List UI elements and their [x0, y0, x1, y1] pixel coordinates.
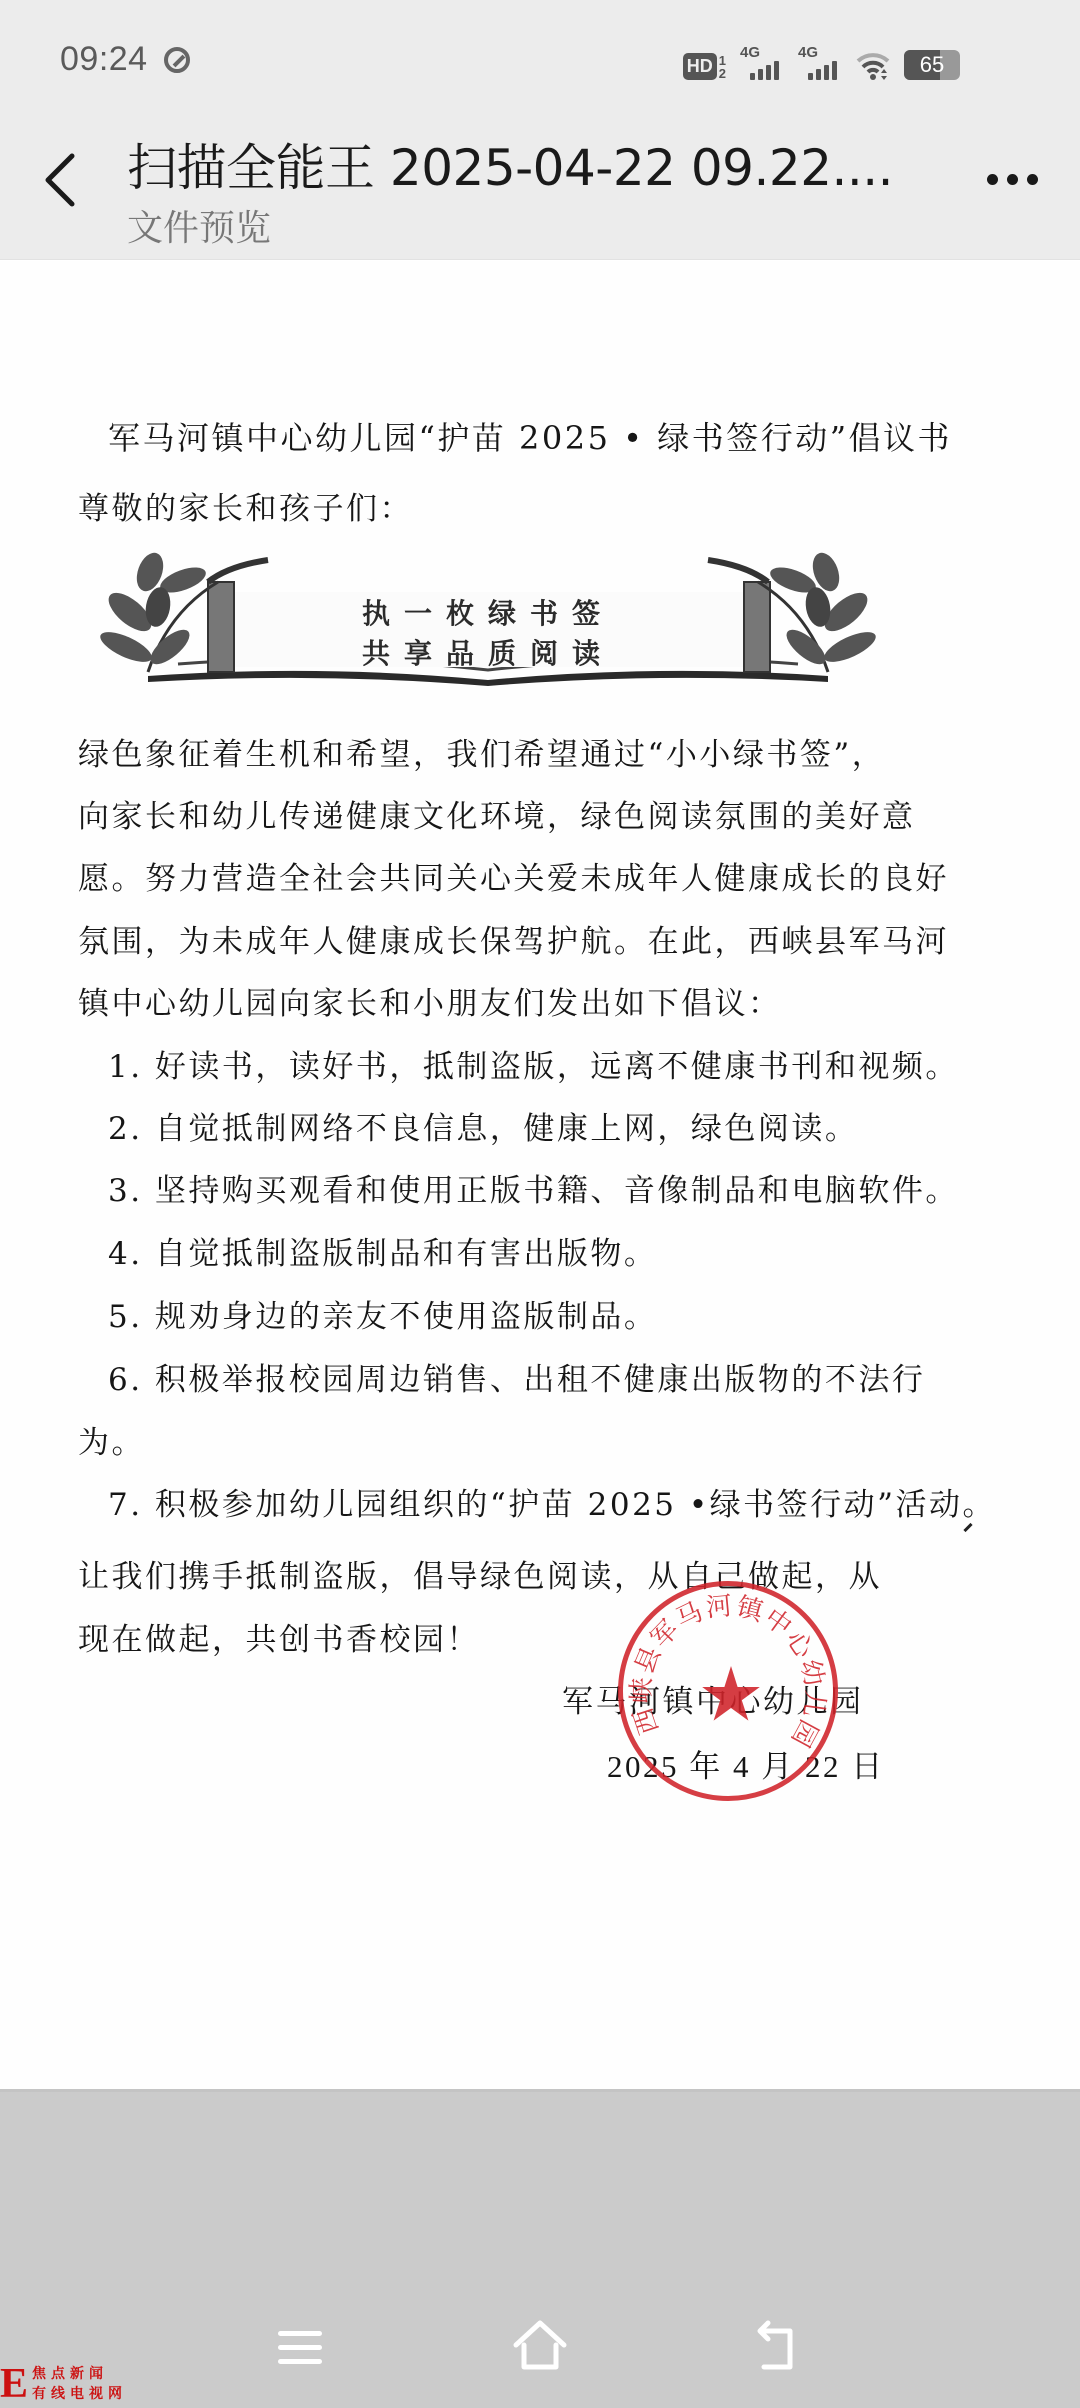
banner-illustration: 执一枚绿书签 共享品质阅读 — [88, 552, 888, 687]
watermark: E 焦点新闻 有线电视网 — [0, 2359, 127, 2408]
notification-icon — [164, 47, 190, 73]
banner-line-1: 执一枚绿书签 — [88, 592, 888, 632]
intro-line: 向家长和幼儿传递健康文化环境，绿色阅读氛围的美好意 — [78, 791, 916, 836]
page-subtitle: 文件预览 — [127, 200, 271, 251]
back-icon — [750, 2317, 810, 2377]
battery-icon: 65 — [904, 50, 960, 80]
chevron-left-icon — [38, 150, 88, 210]
hd-voice-icon: HD 1 2 — [683, 53, 726, 80]
salutation: 尊敬的家长和孩子们： — [78, 483, 413, 528]
proposal-item: 6. 积极举报校园周边销售、出租不健康出版物的不法行 — [108, 1354, 925, 1399]
status-time: 09:24 — [60, 40, 148, 79]
more-dot-icon — [1007, 174, 1018, 185]
status-icons: HD 1 2 4G 4G — [683, 44, 960, 80]
proposal-item: 2. 自觉抵制网络不良信息，健康上网，绿色阅读。 — [108, 1103, 858, 1148]
menu-icon — [270, 2317, 330, 2377]
signal-sim1-icon: 4G — [740, 44, 784, 80]
app-header: 扫描全能王 2025-04-22 09.22.... 文件预览 — [0, 120, 1080, 260]
intro-line: 镇中心幼儿园向家长和小朋友们发出如下倡议： — [78, 978, 782, 1023]
scan-mark — [963, 1523, 972, 1532]
watermark-line-1: 焦点新闻 — [32, 2364, 127, 2384]
system-back-button[interactable] — [750, 2317, 810, 2377]
intro-line: 愿。努力营造全社会共同关心关爱未成年人健康成长的良好 — [78, 853, 949, 898]
proposal-item: 4. 自觉抵制盗版制品和有害出版物。 — [108, 1228, 657, 1273]
intro-line: 绿色象征着生机和希望，我们希望通过“小小绿书签”， — [78, 729, 885, 774]
official-stamp: 西峡县军马河镇中心幼儿园 — [618, 1581, 838, 1801]
document-preview[interactable]: 军马河镇中心幼儿园“护苗 2025 • 绿书签行动”倡议书 尊敬的家长和孩子们： — [0, 261, 1080, 2089]
file-title: 扫描全能王 2025-04-22 09.22.... — [127, 128, 893, 200]
intro-line: 氛围，为未成年人健康成长保驾护航。在此，西峡县军马河 — [78, 916, 949, 961]
proposal-item-continued: 为。 — [78, 1417, 145, 1462]
proposal-item: 3. 坚持购买观看和使用正版书籍、音像制品和电脑软件。 — [108, 1165, 959, 1210]
more-dot-icon — [987, 174, 998, 185]
proposal-item: 5. 规劝身边的亲友不使用盗版制品。 — [108, 1291, 657, 1336]
home-icon — [510, 2317, 570, 2377]
more-dot-icon — [1027, 174, 1038, 185]
top-bar: 09:24 HD 1 2 4G 4G — [0, 0, 1080, 260]
signal-sim2-icon: 4G — [798, 44, 842, 80]
recent-apps-button[interactable] — [270, 2317, 330, 2377]
watermark-line-2: 有线电视网 — [32, 2384, 127, 2404]
document-title: 军马河镇中心幼儿园“护苗 2025 • 绿书签行动”倡议书 — [108, 413, 952, 459]
banner-line-2: 共享品质阅读 — [88, 632, 888, 672]
proposal-item: 7. 积极参加幼儿园组织的“护苗 2025 •绿书签行动”活动。 — [108, 1479, 996, 1524]
proposal-item: 1. 好读书，读好书，抵制盗版，远离不健康书刊和视频。 — [108, 1041, 959, 1086]
svg-text:西峡县军马河镇中心幼儿园: 西峡县军马河镇中心幼儿园 — [627, 1591, 830, 1753]
wifi-icon — [856, 50, 890, 80]
system-nav-bar: E 焦点新闻 有线电视网 — [0, 2089, 1080, 2408]
watermark-logo-icon: E — [0, 2364, 30, 2404]
status-bar: 09:24 HD 1 2 4G 4G — [0, 0, 1080, 120]
home-button[interactable] — [510, 2317, 570, 2377]
more-options-button[interactable] — [987, 174, 1038, 185]
back-button[interactable] — [38, 150, 88, 210]
closing-line: 现在做起，共创书香校园！ — [78, 1614, 480, 1659]
